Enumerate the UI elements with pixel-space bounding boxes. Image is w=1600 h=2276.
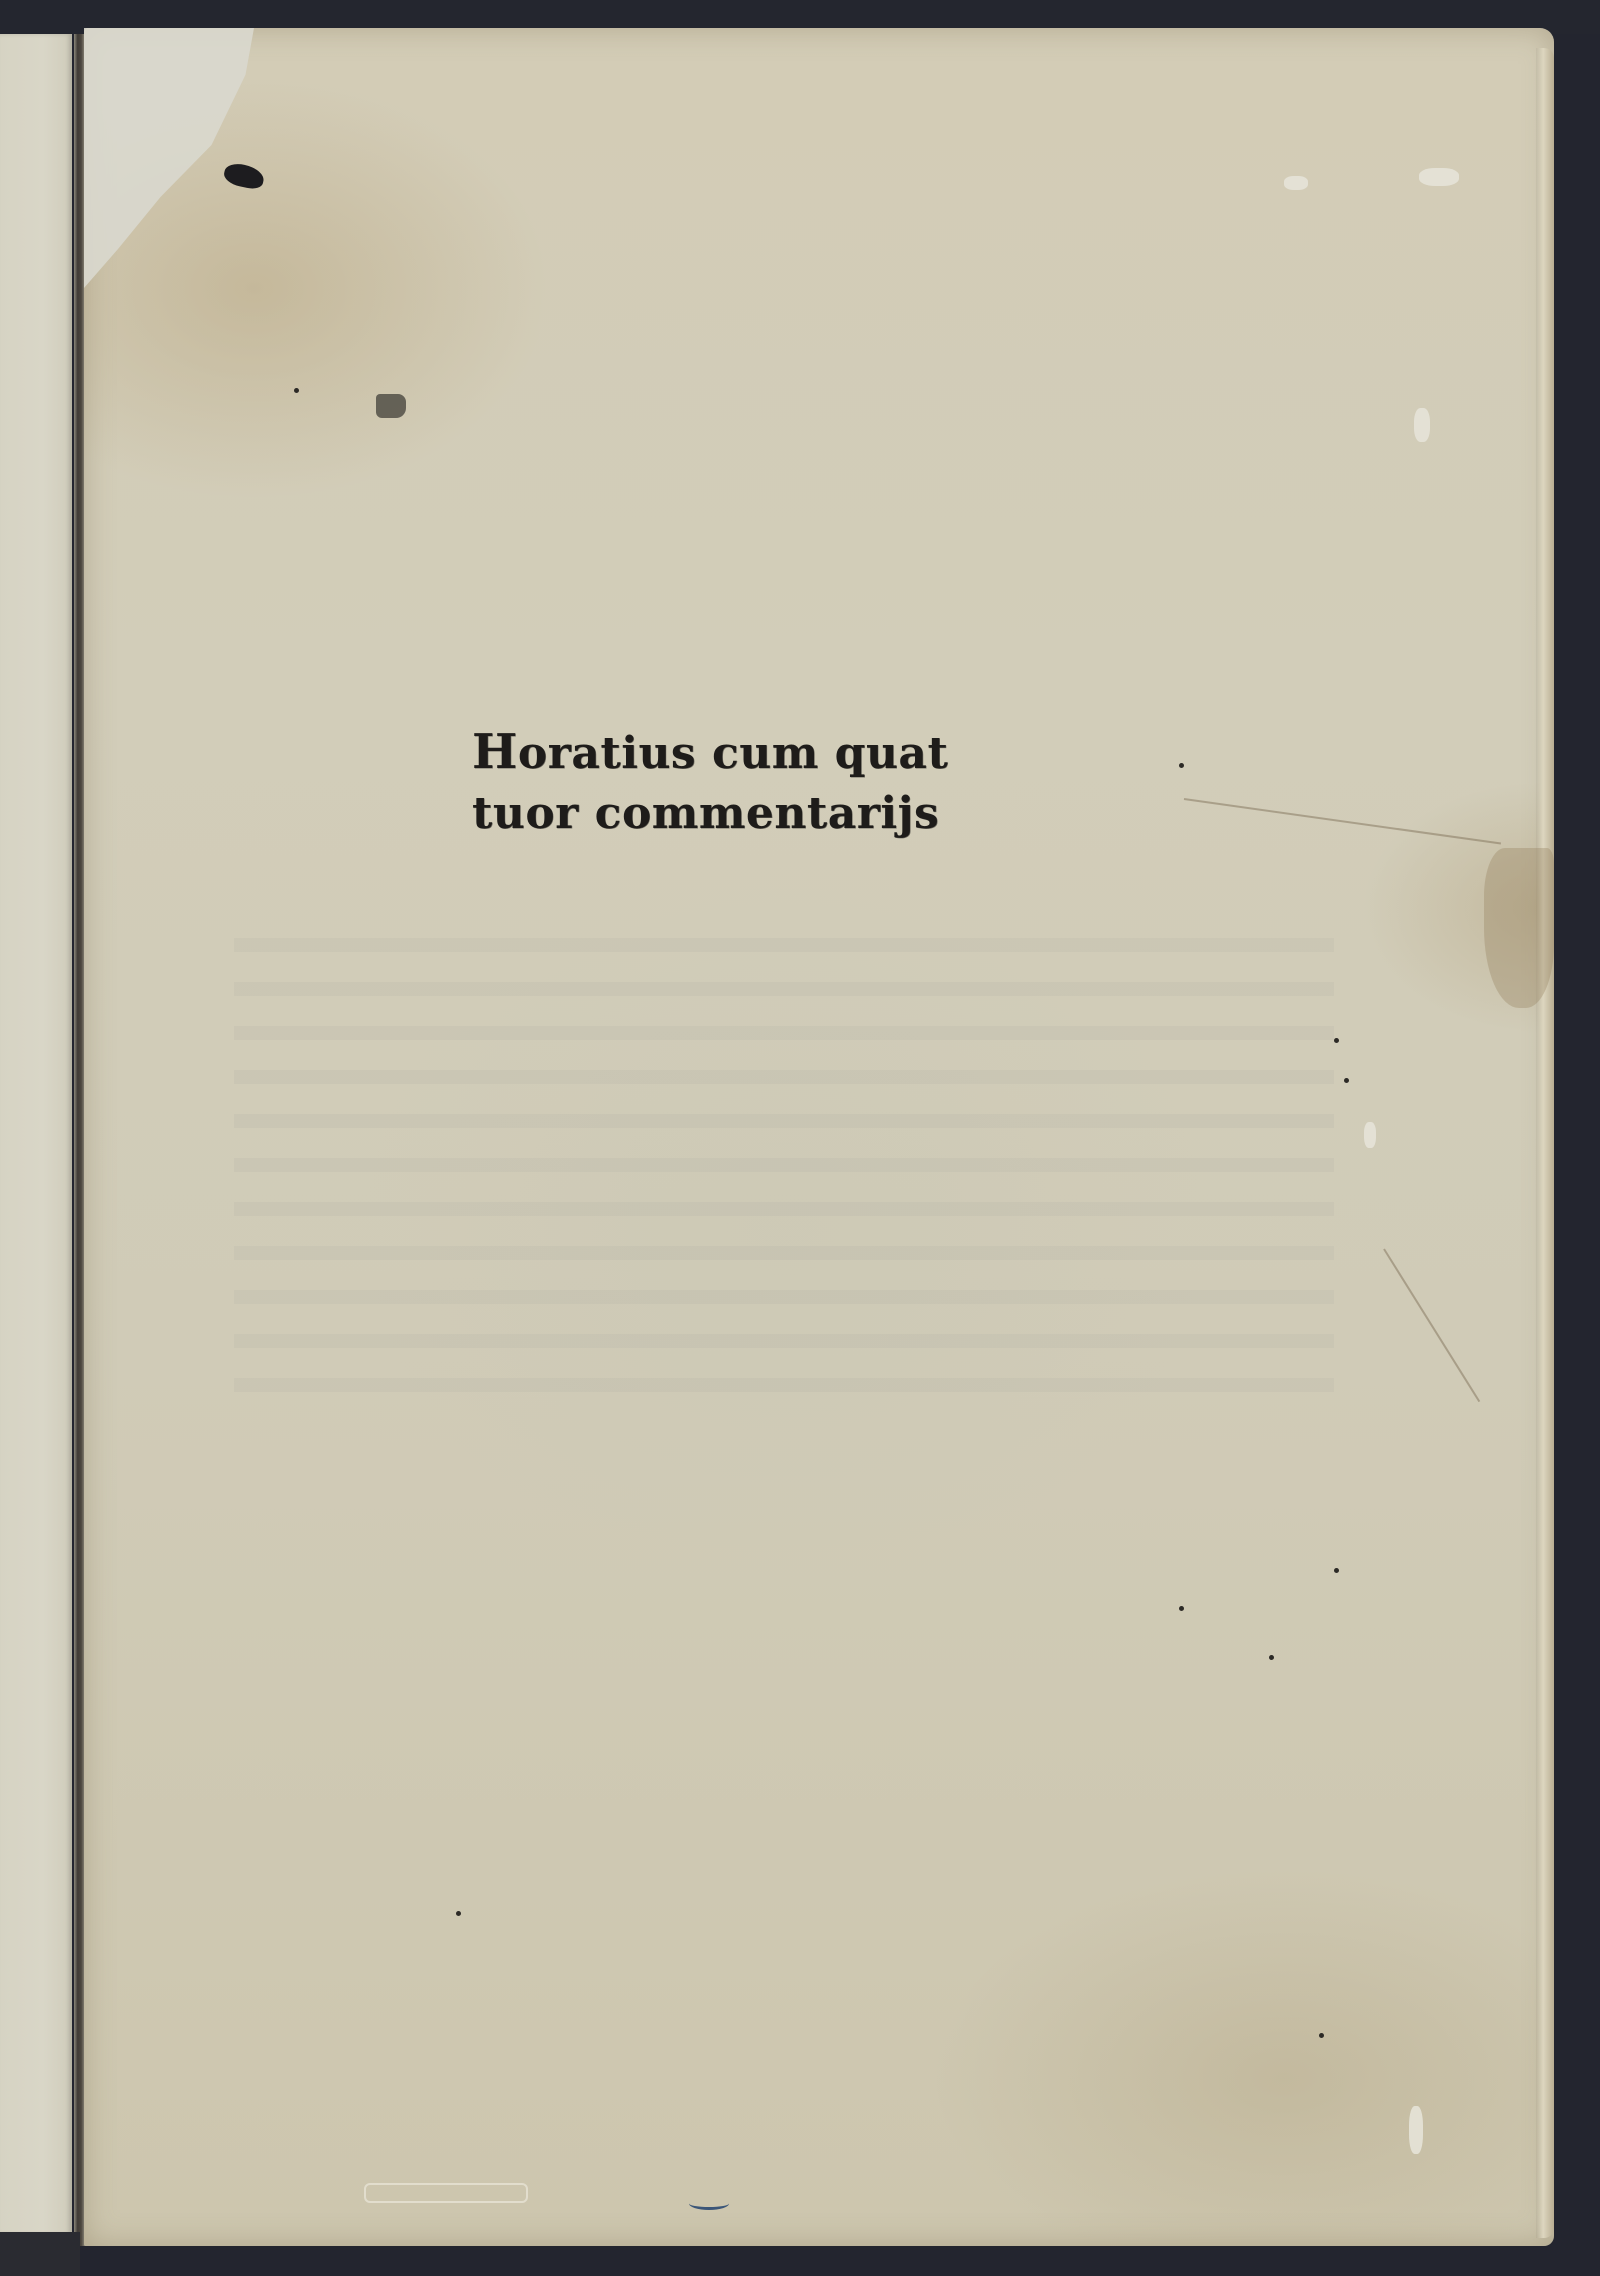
paper-loss-chip: [1414, 408, 1430, 442]
paper-loss-chip: [1409, 2106, 1423, 2154]
paper-crease: [1184, 798, 1501, 845]
foxing-dot: [294, 388, 299, 393]
foxing-dot: [1269, 1655, 1274, 1660]
foxing-dot: [1319, 2033, 1324, 2038]
foxing-dot: [456, 1911, 461, 1916]
title-page: [84, 28, 1554, 2246]
blue-pencil-mark: [689, 2197, 729, 2210]
preceding-leaf: [0, 34, 72, 2234]
paper-loss-chip: [1284, 176, 1308, 190]
title-line-1: Horatius cum quat: [472, 722, 1032, 784]
title-line-2: tuor commentarijs: [472, 784, 1032, 844]
repair-patch-mark: [376, 394, 406, 418]
blind-impression: [364, 2183, 528, 2203]
title-line-2-text: tuor commentarijs: [472, 788, 939, 839]
show-through-text: [234, 908, 1334, 1408]
foxing-dot: [1334, 1568, 1339, 1573]
paper-loss-chip: [1364, 1122, 1376, 1148]
foxing-dot: [1344, 1078, 1349, 1083]
foxing-dot: [1179, 763, 1184, 768]
scan-background-corner: [0, 2232, 80, 2276]
foxing-dot: [1179, 1606, 1184, 1611]
ink-blot: [222, 161, 266, 191]
paper-loss-chip: [1419, 168, 1459, 186]
foxing-dot: [1334, 1038, 1339, 1043]
title-initial: H: [472, 724, 518, 780]
title-line-1-text: oratius cum quat: [518, 728, 948, 779]
page-fore-edge: [1536, 48, 1554, 2238]
repaired-corner: [84, 28, 254, 288]
paper-crease: [1383, 1248, 1480, 1402]
page-title: Horatius cum quat tuor commentarijs: [472, 722, 1032, 844]
water-stain: [1484, 848, 1554, 1008]
